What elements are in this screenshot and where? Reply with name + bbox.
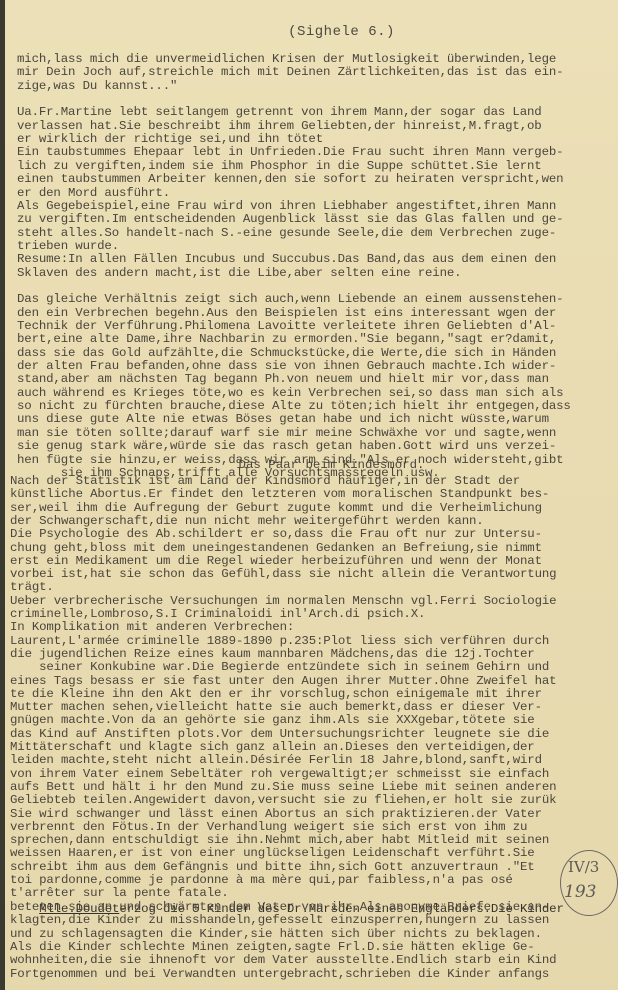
page-header: (Sighele 6.) [5, 24, 618, 40]
text-line: Sklaven des andern macht,ist die Libe,ab… [17, 266, 461, 281]
text-line: Fortgenommen und bei Verwandten untergeb… [10, 967, 549, 982]
text-line: zige,was Du kannst..." [17, 79, 177, 94]
document-page: (Sighele 6.) mich,lass mich die unvermei… [5, 0, 618, 990]
stamp-number-bottom: 193 [564, 882, 596, 902]
section-title: Das Paar beim Kindesmord. [5, 458, 618, 472]
stamp-number-top: IV/3 [568, 858, 599, 876]
text-line: vorbei ist,hat sie schon das Gefühl,dass… [10, 567, 556, 582]
